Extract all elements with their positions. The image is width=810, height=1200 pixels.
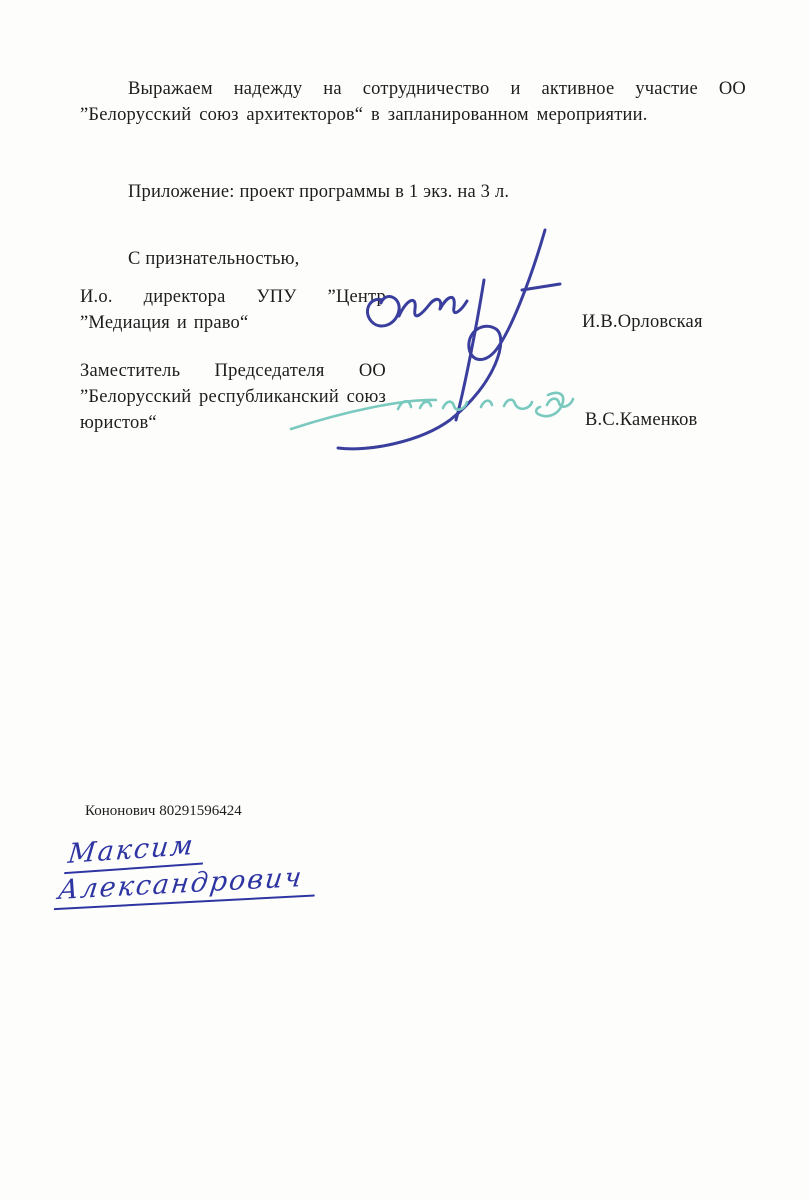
contact-phone-line: Кононович 80291596424 (85, 802, 242, 820)
scanned-letter-page: Выражаем надежду на сотрудничество и акт… (0, 0, 810, 1200)
body-paragraph: Выражаем надежду на сотрудничество и акт… (80, 76, 746, 128)
closing-salutation: С признательностью, (128, 246, 300, 272)
signatory-name-orlovskaya: И.В.Орловская (582, 309, 703, 335)
signatory-title-orlovskaya: И.о. директора УПУ ”Центр ”Медиация и пр… (80, 284, 386, 336)
signatory-name-kamenkov: В.С.Каменков (585, 407, 698, 433)
attachment-line: Приложение: проект программы в 1 экз. на… (128, 179, 509, 205)
signatory-title-kamenkov: Заместитель Председателя ОО ”Белорусский… (80, 358, 386, 436)
